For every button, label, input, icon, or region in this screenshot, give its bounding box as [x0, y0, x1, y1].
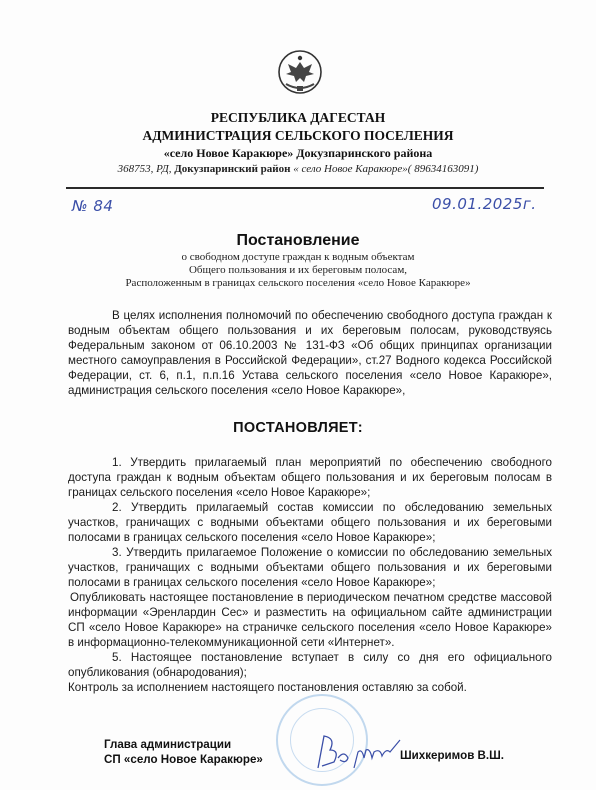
document-subtitle-line: о свободном доступе граждан к водным объ… [0, 251, 596, 263]
signer-organization: СП «село Новое Каракюре» [104, 753, 263, 766]
address-postcode: 368753, РД, [118, 163, 172, 175]
document-subtitle-line: Расположенным в границах сельского посел… [0, 277, 596, 289]
resolves-heading: ПОСТАНОВЛЯЕТ: [0, 420, 596, 436]
address-district: Докузпаринский район [174, 163, 290, 175]
handwritten-signature-icon [310, 728, 410, 778]
address-village-phone: « село Новое Каракюре»( 89634163091) [293, 163, 478, 175]
resolution-item: 2. Утвердить прилагаемый состав комиссии… [68, 500, 552, 545]
document-number: № 84 [72, 197, 113, 215]
resolution-item: 3. Утвердить прилагаемое Положение о ком… [68, 545, 552, 590]
resolution-item: Контроль за исполнением настоящего поста… [68, 680, 552, 695]
header-republic: РЕСПУБЛИКА ДАГЕСТАН [0, 110, 596, 126]
signer-position: Глава администрации [104, 738, 231, 751]
header-administration: АДМИНИСТРАЦИЯ СЕЛЬСКОГО ПОСЕЛЕНИЯ [0, 128, 596, 144]
resolution-item: 5. Настоящее постановление вступает в си… [68, 650, 552, 680]
document-title: Постановление [0, 232, 596, 250]
resolution-item: 1. Утвердить прилагаемый план мероприяти… [68, 455, 552, 500]
preamble-section: В целях исполнения полномочий по обеспеч… [68, 308, 552, 398]
document-subtitle-line: Общего пользования и их береговым полоса… [0, 264, 596, 276]
resolution-item: Опубликовать настоящее постановление в п… [68, 590, 552, 650]
document-date: 09.01.2025г. [432, 195, 537, 213]
coat-of-arms-dagestan-icon [276, 48, 324, 96]
document-page: РЕСПУБЛИКА ДАГЕСТАН АДМИНИСТРАЦИЯ СЕЛЬСК… [0, 0, 596, 790]
header-settlement: «село Новое Каракюре» Докузпаринского ра… [0, 146, 596, 161]
header-divider [66, 187, 544, 189]
preamble-text: В целях исполнения полномочий по обеспеч… [68, 308, 552, 398]
signer-name: Шихкеримов В.Ш. [400, 749, 504, 762]
header-address: 368753, РД, Докузпаринский район « село … [0, 163, 596, 175]
resolution-items: 1. Утвердить прилагаемый план мероприяти… [68, 455, 552, 695]
